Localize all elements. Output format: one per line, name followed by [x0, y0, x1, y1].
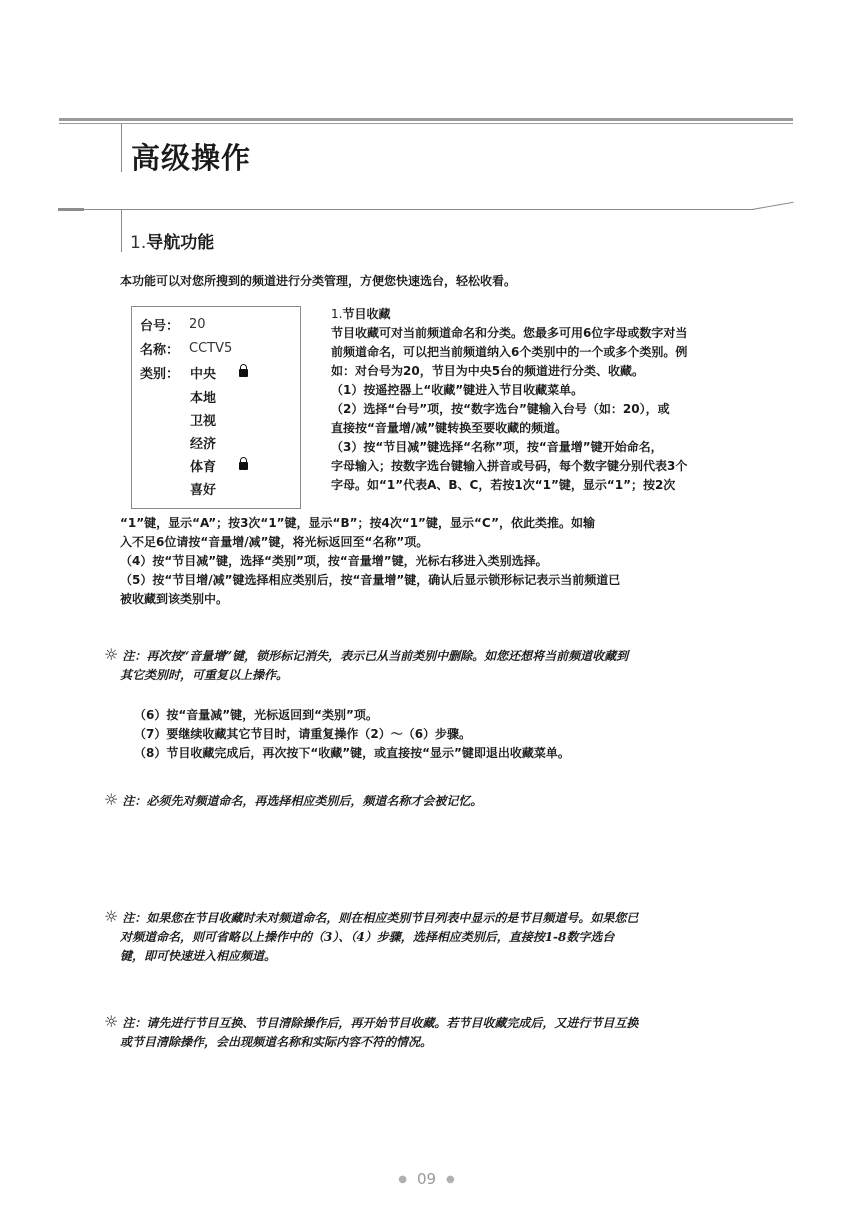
step-5-line: 被收藏到该类别中。	[120, 590, 785, 609]
osd-name-row: 名称： CCTV5	[140, 339, 232, 358]
section-vertical-bar	[121, 210, 122, 252]
step-5-line: （5）按“节目增/减”键选择相应类别后，按“音量增”键，确认后显示锁形标记表示当…	[120, 571, 785, 590]
note-text: 注：请先进行节目互换、节目清除操作后，再开始节目收藏。若节目收藏完成后，又进行节…	[122, 1016, 638, 1030]
sun-icon: ☼	[104, 645, 118, 664]
step-2-line: 直接按“音量增/减”键转换至要收藏的频道。	[331, 419, 781, 438]
step-8: （8）节目收藏完成后，再次按下“收藏”键，或直接按“显示”键即退出收藏菜单。	[134, 744, 784, 763]
note-text: 其它类别时，可重复以上操作。	[104, 666, 784, 685]
category-name: 经济	[190, 433, 216, 452]
lock-icon	[239, 369, 248, 377]
osd-category-row: 类别：	[140, 363, 189, 382]
page-number: ●09●	[0, 1170, 853, 1188]
note-4: ☼注：请先进行节目互换、节目清除操作后，再开始节目收藏。若节目收藏完成后，又进行…	[104, 1012, 784, 1052]
osd-category-item: 本地	[190, 387, 216, 406]
steps-after: （6）按“音量减”键，光标返回到“类别”项。 （7）要继续收藏其它节目时，请重复…	[134, 706, 784, 763]
step-1: （1）按遥控器上“收藏”键进入节目收藏菜单。	[331, 381, 781, 400]
favorites-heading-num: 1.	[331, 307, 342, 321]
favorites-continued: “1”键，显示“A”；按3次“1”键，显示“B”；按4次“1”键，显示“C”，依…	[120, 514, 785, 609]
title-vertical-bar	[121, 124, 122, 172]
favorites-section: 1.节目收藏 节目收藏可对当前频道命名和分类。您最多可用6位字母或数字对当 前频…	[331, 305, 781, 495]
osd-name-value: CCTV5	[189, 341, 232, 356]
category-name: 本地	[190, 387, 216, 406]
osd-category-item: 经济	[190, 433, 216, 452]
note-2: ☼注：必须先对频道命名，再选择相应类别后，频道名称才会被记忆。	[104, 790, 784, 811]
note-text: 注：必须先对频道命名，再选择相应类别后，频道名称才会被记忆。	[122, 794, 482, 808]
page-title: 高级操作	[131, 136, 251, 177]
category-name: 卫视	[190, 410, 216, 429]
osd-channel-value: 20	[189, 317, 206, 332]
osd-favorites-box: 台号： 20 名称： CCTV5 类别： 中央 本地 卫视 经济 体育 喜好	[131, 306, 301, 509]
section-rule-tail	[752, 202, 794, 210]
step-2-line: （2）选择“台号”项，按“数字选台”键输入台号（如：20），或	[331, 400, 781, 419]
header-rule	[59, 118, 793, 121]
note-text: 注：如果您在节目收藏时未对频道命名，则在相应类别节目列表中显示的是节目频道号。如…	[122, 911, 638, 925]
osd-category-label: 类别：	[140, 363, 189, 382]
note-text: 注：再次按“音量增”键，锁形标记消失，表示已从当前类别中删除。如您还想将当前频道…	[122, 649, 628, 663]
step-3-line: （3）按“节目减”键选择“名称”项，按“音量增”键开始命名，	[331, 438, 781, 457]
favorites-heading: 1.节目收藏	[331, 305, 781, 324]
step-4: （4）按“节目减”键，选择“类别”项，按“音量增”键，光标右移进入类别选择。	[120, 552, 785, 571]
intro-text: 本功能可以对您所搜到的频道进行分类管理，方便您快速选台，轻松收看。	[120, 272, 516, 289]
section-rule-stub	[58, 208, 84, 211]
note-3: ☼注：如果您在节目收藏时未对频道命名，则在相应类别节目列表中显示的是节目频道号。…	[104, 907, 784, 966]
step-3-line: 入不足6位请按“音量增/减”键，将光标返回至“名称”项。	[120, 533, 785, 552]
favorites-desc-line: 前频道命名，可以把当前频道纳入6个类别中的一个或多个类别。例	[331, 343, 781, 362]
sun-icon: ☼	[104, 1012, 118, 1031]
category-name: 体育	[190, 456, 216, 475]
page-number-text: 09	[417, 1170, 436, 1188]
osd-category-item: 卫视	[190, 410, 216, 429]
bullet-dot-icon: ●	[446, 1174, 455, 1185]
note-text: 对频道命名，则可省略以上操作中的（3）、（4）步骤，选择相应类别后，直接按1-8…	[104, 928, 784, 947]
osd-name-label: 名称：	[140, 339, 189, 358]
category-name: 喜好	[190, 479, 216, 498]
section-number: 1.	[130, 233, 146, 253]
osd-channel-row: 台号： 20	[140, 315, 206, 334]
header-rule-thin	[59, 123, 793, 124]
section-rule	[84, 209, 754, 210]
note-text: 键，即可快速进入相应频道。	[104, 947, 784, 966]
bullet-dot-icon: ●	[398, 1174, 407, 1185]
step-3-line: 字母。如“1”代表A、B、C，若按1次“1”键，显示“1”；按2次	[331, 476, 781, 495]
osd-channel-label: 台号：	[140, 315, 189, 334]
step-6: （6）按“音量减”键，光标返回到“类别”项。	[134, 706, 784, 725]
favorites-desc-line: 如：对台号为20，节目为中央5台的频道进行分类、收藏。	[331, 362, 781, 381]
favorites-heading-text: 节目收藏	[342, 307, 390, 321]
section-title-text: 导航功能	[146, 233, 214, 253]
favorites-desc-line: 节目收藏可对当前频道命名和分类。您最多可用6位字母或数字对当	[331, 324, 781, 343]
note-1: ☼注：再次按“音量增”键，锁形标记消失，表示已从当前类别中删除。如您还想将当前频…	[104, 645, 784, 685]
step-3-line: “1”键，显示“A”；按3次“1”键，显示“B”；按4次“1”键，显示“C”，依…	[120, 514, 785, 533]
lock-icon	[239, 462, 248, 470]
step-7: （7）要继续收藏其它节目时，请重复操作（2）～（6）步骤。	[134, 725, 784, 744]
category-name: 中央	[190, 363, 216, 382]
osd-category-item: 喜好	[190, 479, 216, 498]
note-text: 或节目清除操作，会出现频道名称和实际内容不符的情况。	[104, 1033, 784, 1052]
osd-category-item: 中央	[190, 363, 248, 382]
osd-category-item: 体育	[190, 456, 248, 475]
section-title: 1.导航功能	[130, 228, 214, 253]
sun-icon: ☼	[104, 790, 118, 809]
sun-icon: ☼	[104, 907, 118, 926]
step-3-line: 字母输入；按数字选台键输入拼音或号码，每个数字键分别代表3个	[331, 457, 781, 476]
